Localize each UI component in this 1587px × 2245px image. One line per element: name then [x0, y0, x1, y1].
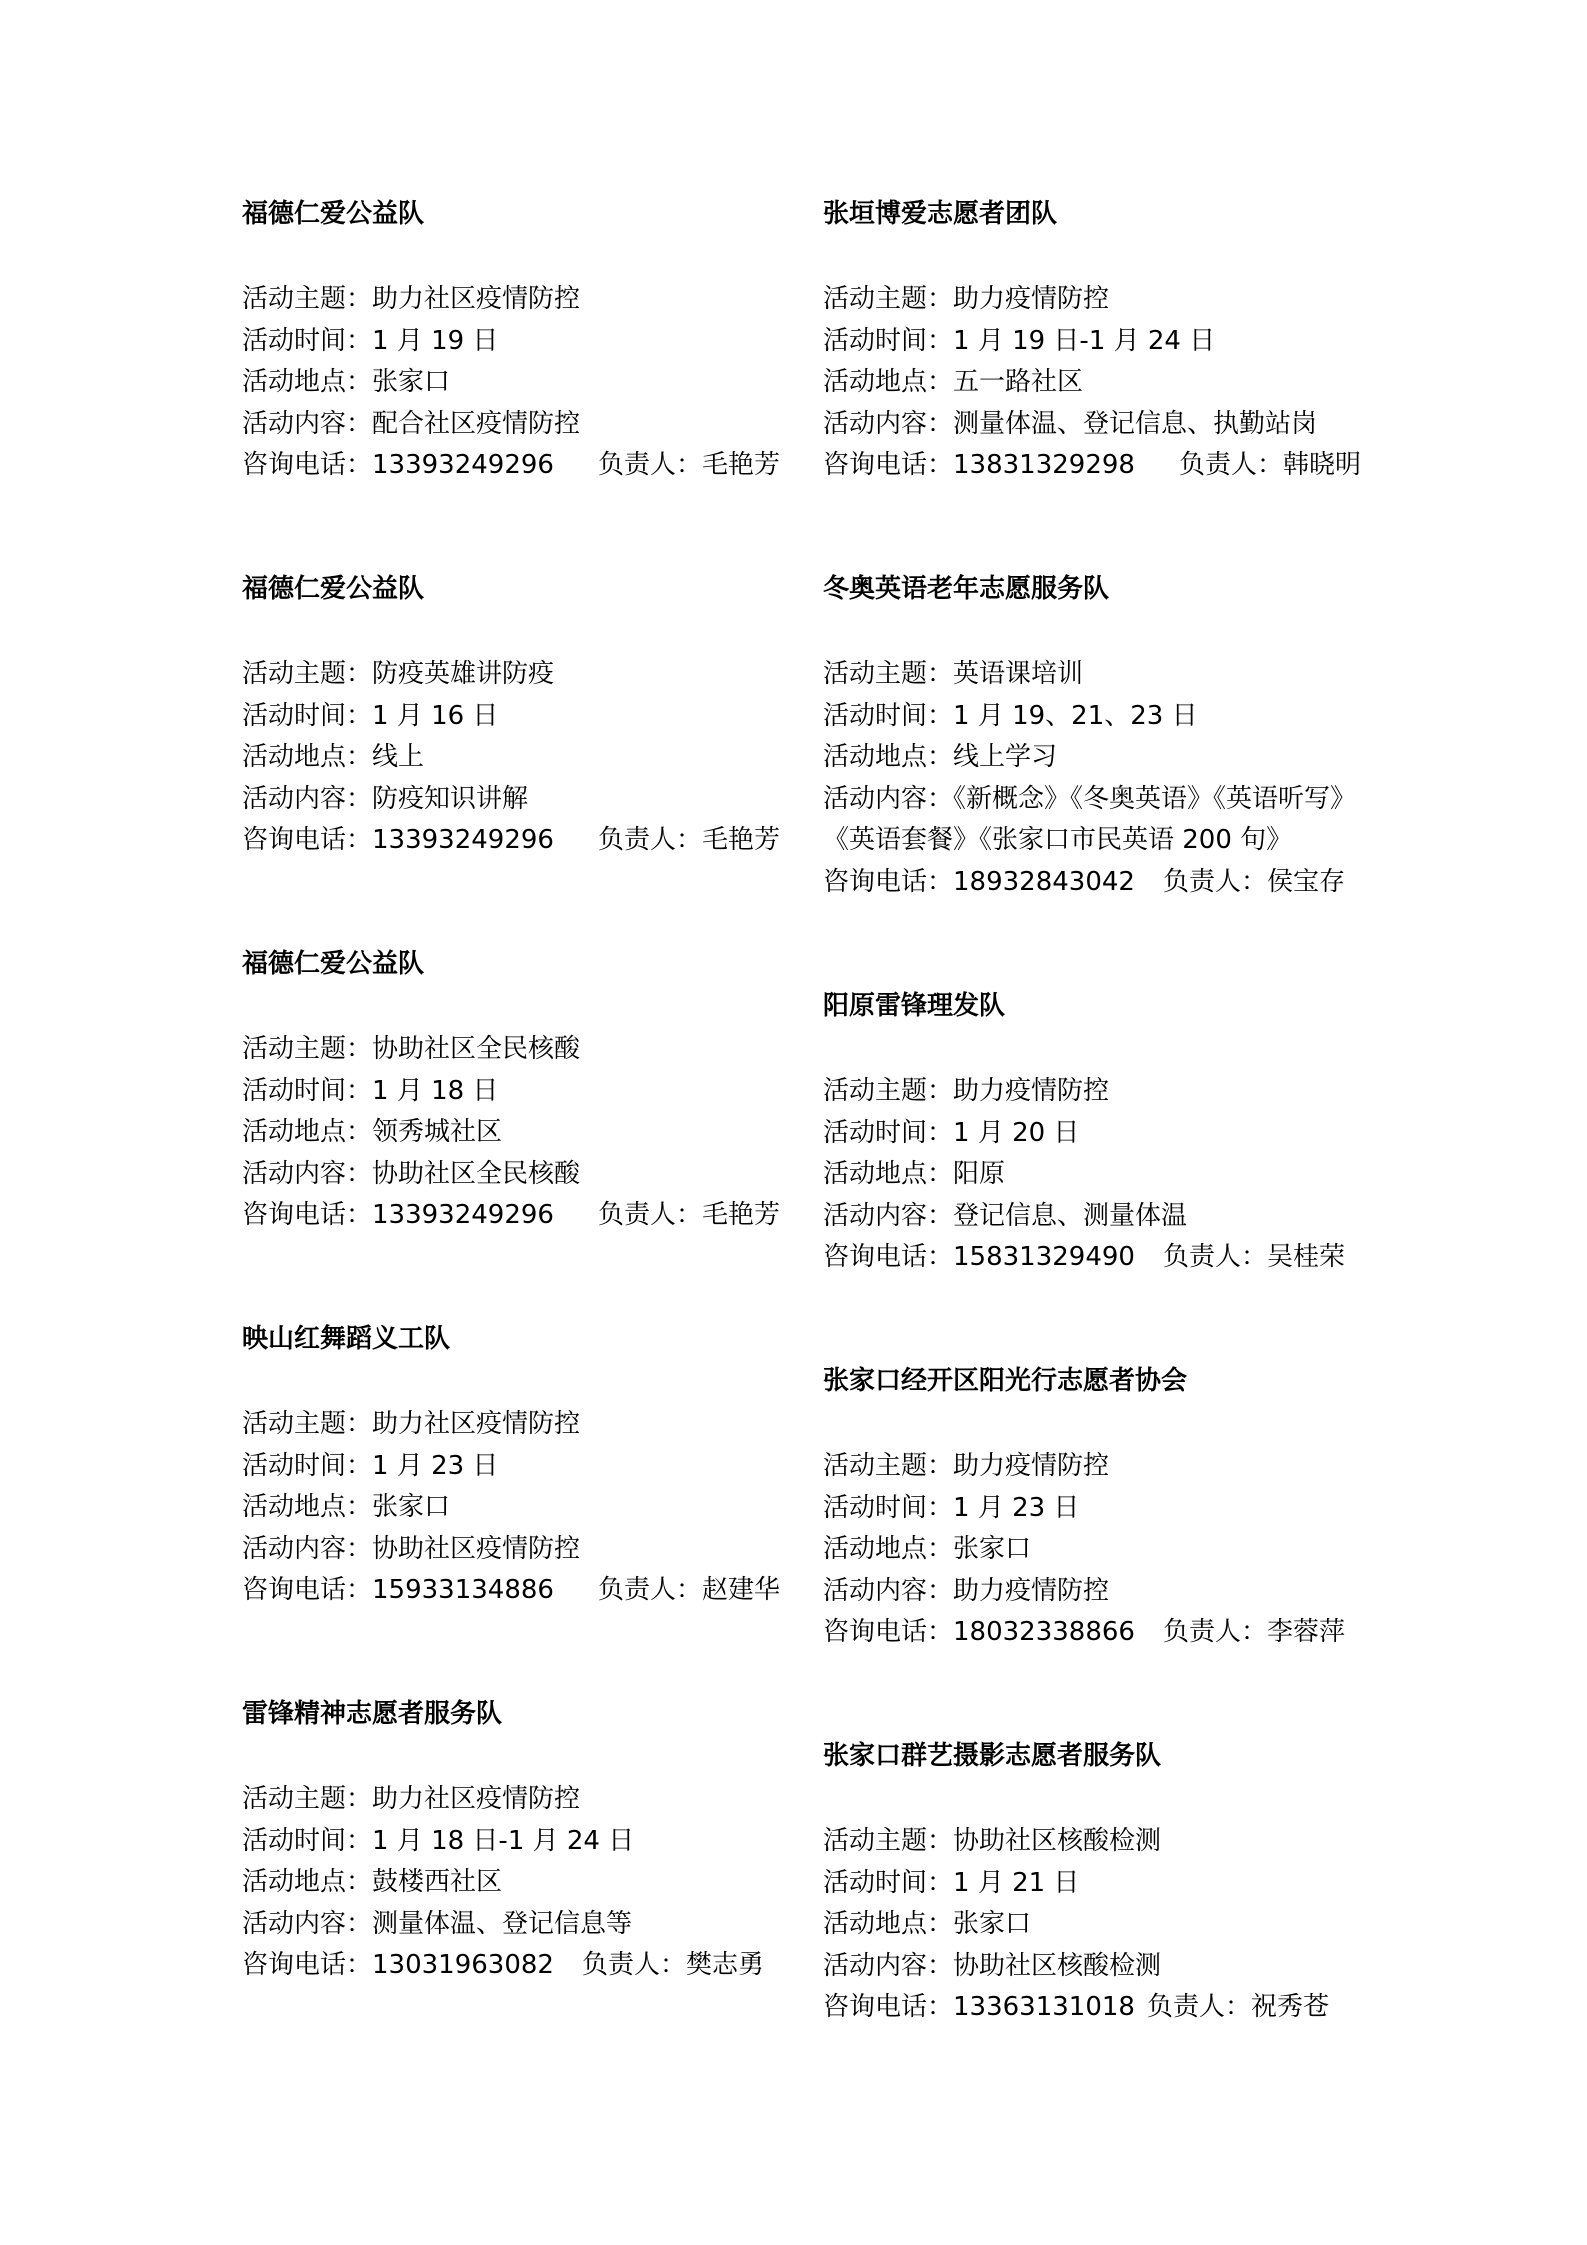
content-label: 活动内容： — [242, 784, 372, 814]
content-value: 协助社区核酸检测 — [953, 1951, 1161, 1981]
contact-row: 咨询电话：13363131018负责人：祝秀苍 — [823, 1987, 1383, 2029]
theme-value: 助力社区疫情防控 — [372, 1784, 580, 1814]
team-name: 张家口群艺摄影志愿者服务队 — [823, 1738, 1383, 1774]
person-label: 负责人： — [598, 1200, 702, 1230]
team-name: 福德仁爱公益队 — [242, 946, 802, 982]
person-value: 祝秀苍 — [1251, 1992, 1329, 2022]
person-label: 负责人： — [1163, 1242, 1267, 1272]
theme-label: 活动主题： — [242, 1409, 372, 1439]
content-value: 测量体温、登记信息等 — [372, 1909, 632, 1939]
contact-row: 咨询电话：13831329298负责人：韩晓明 — [823, 445, 1383, 487]
time-row: 活动时间：1 月 20 日 — [823, 1113, 1383, 1155]
time-row: 活动时间：1 月 18 日-1 月 24 日 — [242, 1821, 802, 1863]
contact-row: 咨询电话：18032338866负责人：李蓉萍 — [823, 1612, 1383, 1654]
place-value: 线上 — [372, 742, 424, 772]
time-value: 1 月 20 日 — [953, 1118, 1079, 1148]
person-label: 负责人： — [1147, 1992, 1251, 2022]
place-label: 活动地点： — [823, 367, 953, 397]
phone-label: 咨询电话： — [823, 867, 953, 897]
phone-value: 18932843042 — [953, 867, 1135, 897]
place-row: 活动地点：张家口 — [242, 362, 802, 404]
content-row: 活动内容：协助社区核酸检测 — [823, 1946, 1383, 1988]
content-row: 活动内容：助力疫情防控 — [823, 1571, 1383, 1613]
theme-value: 助力疫情防控 — [953, 1451, 1109, 1481]
content-row: 活动内容：登记信息、测量体温 — [823, 1196, 1383, 1238]
theme-value: 协助社区核酸检测 — [953, 1826, 1161, 1856]
time-value: 1 月 19、21、23 日 — [953, 701, 1198, 731]
place-label: 活动地点： — [242, 1492, 372, 1522]
place-label: 活动地点： — [823, 742, 953, 772]
place-value: 张家口 — [372, 1492, 450, 1522]
phone-value: 15831329490 — [953, 1242, 1135, 1272]
time-value: 1 月 23 日 — [953, 1493, 1079, 1523]
theme-row: 活动主题：助力疫情防控 — [823, 1446, 1383, 1488]
time-value: 1 月 21 日 — [953, 1868, 1079, 1898]
time-label: 活动时间： — [242, 701, 372, 731]
theme-label: 活动主题： — [242, 1784, 372, 1814]
content-value: 配合社区疫情防控 — [372, 409, 580, 439]
activity-card: 冬奥英语老年志愿服务队 活动主题：英语课培训 活动时间：1 月 19、21、23… — [823, 571, 1383, 904]
theme-label: 活动主题： — [823, 659, 953, 689]
theme-row: 活动主题：英语课培训 — [823, 654, 1383, 696]
phone-value: 13393249296 — [372, 1200, 554, 1230]
place-label: 活动地点： — [242, 742, 372, 772]
activity-card: 福德仁爱公益队 活动主题：协助社区全民核酸 活动时间：1 月 18 日 活动地点… — [242, 946, 802, 1237]
person-label: 负责人： — [1179, 450, 1283, 480]
theme-label: 活动主题： — [242, 659, 372, 689]
time-label: 活动时间： — [823, 326, 953, 356]
activity-card: 映山红舞蹈义工队 活动主题：助力社区疫情防控 活动时间：1 月 23 日 活动地… — [242, 1321, 802, 1612]
place-row: 活动地点：张家口 — [823, 1904, 1383, 1946]
team-name: 阳原雷锋理发队 — [823, 988, 1383, 1024]
person-label: 负责人： — [582, 1950, 686, 1980]
phone-label: 咨询电话： — [242, 825, 372, 855]
activity-card: 张家口经开区阳光行志愿者协会 活动主题：助力疫情防控 活动时间：1 月 23 日… — [823, 1363, 1383, 1654]
person-value: 毛艳芳 — [702, 825, 780, 855]
phone-label: 咨询电话： — [242, 1200, 372, 1230]
contact-row: 咨询电话：13393249296负责人：毛艳芳 — [242, 1195, 802, 1237]
time-row: 活动时间：1 月 19 日 — [242, 321, 802, 363]
person-label: 负责人： — [598, 1575, 702, 1605]
team-name: 福德仁爱公益队 — [242, 196, 802, 232]
theme-value: 助力疫情防控 — [953, 1076, 1109, 1106]
person-value: 樊志勇 — [686, 1950, 764, 1980]
time-row: 活动时间：1 月 23 日 — [823, 1488, 1383, 1530]
phone-label: 咨询电话： — [823, 1992, 953, 2022]
content-label: 活动内容： — [823, 409, 953, 439]
team-name: 张家口经开区阳光行志愿者协会 — [823, 1363, 1383, 1399]
person-value: 毛艳芳 — [702, 1200, 780, 1230]
time-label: 活动时间： — [823, 701, 953, 731]
place-row: 活动地点：鼓楼西社区 — [242, 1862, 802, 1904]
phone-value: 15933134886 — [372, 1575, 554, 1605]
theme-value: 助力疫情防控 — [953, 284, 1109, 314]
time-row: 活动时间：1 月 16 日 — [242, 696, 802, 738]
person-label: 负责人： — [598, 825, 702, 855]
theme-value: 助力社区疫情防控 — [372, 284, 580, 314]
content-label: 活动内容： — [242, 1159, 372, 1189]
theme-label: 活动主题： — [823, 284, 953, 314]
content-value: 防疫知识讲解 — [372, 784, 528, 814]
time-value: 1 月 19 日 — [372, 326, 498, 356]
time-value: 1 月 23 日 — [372, 1451, 498, 1481]
phone-label: 咨询电话： — [242, 1575, 372, 1605]
place-row: 活动地点：五一路社区 — [823, 362, 1383, 404]
phone-label: 咨询电话： — [823, 1617, 953, 1647]
place-value: 五一路社区 — [953, 367, 1083, 397]
document-page: 福德仁爱公益队 活动主题：助力社区疫情防控 活动时间：1 月 19 日 活动地点… — [0, 0, 1587, 2245]
content-row: 活动内容：协助社区疫情防控 — [242, 1529, 802, 1571]
place-label: 活动地点： — [242, 367, 372, 397]
person-value: 李蓉萍 — [1267, 1617, 1345, 1647]
content-label: 活动内容： — [823, 1951, 953, 1981]
time-label: 活动时间： — [242, 1826, 372, 1856]
phone-value: 13031963082 — [372, 1950, 554, 1980]
place-value: 鼓楼西社区 — [372, 1867, 502, 1897]
time-row: 活动时间：1 月 21 日 — [823, 1863, 1383, 1905]
activity-card: 阳原雷锋理发队 活动主题：助力疫情防控 活动时间：1 月 20 日 活动地点：阳… — [823, 988, 1383, 1279]
theme-row: 活动主题：助力社区疫情防控 — [242, 1779, 802, 1821]
time-label: 活动时间： — [242, 326, 372, 356]
content-row: 活动内容：配合社区疫情防控 — [242, 404, 802, 446]
team-name: 福德仁爱公益队 — [242, 571, 802, 607]
place-value: 张家口 — [372, 367, 450, 397]
place-value: 阳原 — [953, 1159, 1005, 1189]
place-row: 活动地点：领秀城社区 — [242, 1112, 802, 1154]
content-value: 协助社区全民核酸 — [372, 1159, 580, 1189]
theme-row: 活动主题：助力疫情防控 — [823, 279, 1383, 321]
content-label: 活动内容： — [823, 1201, 953, 1231]
team-name: 张垣博爱志愿者团队 — [823, 196, 1383, 232]
content-row: 活动内容：协助社区全民核酸 — [242, 1154, 802, 1196]
place-label: 活动地点： — [823, 1534, 953, 1564]
person-value: 吴桂荣 — [1267, 1242, 1345, 1272]
person-label: 负责人： — [1163, 1617, 1267, 1647]
theme-value: 防疫英雄讲防疫 — [372, 659, 554, 689]
contact-row: 咨询电话：13393249296负责人：毛艳芳 — [242, 820, 802, 862]
time-row: 活动时间：1 月 18 日 — [242, 1071, 802, 1113]
content-label: 活动内容： — [242, 1909, 372, 1939]
contact-row: 咨询电话：13031963082负责人：樊志勇 — [242, 1945, 802, 1987]
phone-value: 13831329298 — [953, 450, 1135, 480]
content-value: 登记信息、测量体温 — [953, 1201, 1187, 1231]
place-value: 线上学习 — [953, 742, 1057, 772]
theme-label: 活动主题： — [823, 1451, 953, 1481]
content-row: 活动内容：测量体温、登记信息等 — [242, 1904, 802, 1946]
theme-value: 协助社区全民核酸 — [372, 1034, 580, 1064]
place-value: 领秀城社区 — [372, 1117, 502, 1147]
person-value: 侯宝存 — [1267, 867, 1345, 897]
activity-card: 雷锋精神志愿者服务队 活动主题：助力社区疫情防控 活动时间：1 月 18 日-1… — [242, 1696, 802, 1987]
person-label: 负责人： — [598, 450, 702, 480]
place-label: 活动地点： — [823, 1159, 953, 1189]
phone-value: 13393249296 — [372, 450, 554, 480]
content-value: 协助社区疫情防控 — [372, 1534, 580, 1564]
time-label: 活动时间： — [242, 1076, 372, 1106]
team-name: 映山红舞蹈义工队 — [242, 1321, 802, 1357]
place-row: 活动地点：张家口 — [823, 1529, 1383, 1571]
person-label: 负责人： — [1163, 867, 1267, 897]
place-value: 张家口 — [953, 1534, 1031, 1564]
phone-label: 咨询电话： — [242, 1950, 372, 1980]
place-label: 活动地点： — [823, 1909, 953, 1939]
content-value: 测量体温、登记信息、执勤站岗 — [953, 409, 1317, 439]
place-row: 活动地点：线上学习 — [823, 737, 1383, 779]
theme-row: 活动主题：助力社区疫情防控 — [242, 279, 802, 321]
contact-row: 咨询电话：15831329490负责人：吴桂荣 — [823, 1237, 1383, 1279]
time-row: 活动时间：1 月 19、21、23 日 — [823, 696, 1383, 738]
phone-label: 咨询电话： — [242, 450, 372, 480]
theme-row: 活动主题：防疫英雄讲防疫 — [242, 654, 802, 696]
activity-card: 福德仁爱公益队 活动主题：防疫英雄讲防疫 活动时间：1 月 16 日 活动地点：… — [242, 571, 802, 862]
content-label: 活动内容： — [823, 784, 953, 814]
time-value: 1 月 18 日-1 月 24 日 — [372, 1826, 634, 1856]
time-label: 活动时间： — [242, 1451, 372, 1481]
time-label: 活动时间： — [823, 1868, 953, 1898]
time-row: 活动时间：1 月 23 日 — [242, 1446, 802, 1488]
phone-value: 13393249296 — [372, 825, 554, 855]
contact-row: 咨询电话：15933134886负责人：赵建华 — [242, 1570, 802, 1612]
person-value: 赵建华 — [702, 1575, 780, 1605]
time-row: 活动时间：1 月 19 日-1 月 24 日 — [823, 321, 1383, 363]
time-label: 活动时间： — [823, 1118, 953, 1148]
theme-label: 活动主题： — [823, 1076, 953, 1106]
theme-row: 活动主题：助力社区疫情防控 — [242, 1404, 802, 1446]
place-label: 活动地点： — [242, 1867, 372, 1897]
team-name: 冬奥英语老年志愿服务队 — [823, 571, 1383, 607]
time-value: 1 月 18 日 — [372, 1076, 498, 1106]
phone-value: 18032338866 — [953, 1617, 1135, 1647]
theme-value: 助力社区疫情防控 — [372, 1409, 580, 1439]
place-row: 活动地点：张家口 — [242, 1487, 802, 1529]
place-label: 活动地点： — [242, 1117, 372, 1147]
person-value: 毛艳芳 — [702, 450, 780, 480]
content-row: 活动内容：防疫知识讲解 — [242, 779, 802, 821]
time-value: 1 月 19 日-1 月 24 日 — [953, 326, 1215, 356]
content-value: 助力疫情防控 — [953, 1576, 1109, 1606]
content-row: 活动内容：《新概念》《冬奥英语》《英语听写》《英语套餐》《张家口市民英语 200… — [823, 779, 1363, 862]
phone-value: 13363131018 — [953, 1992, 1135, 2022]
content-row: 活动内容：测量体温、登记信息、执勤站岗 — [823, 404, 1383, 446]
contact-row: 咨询电话：13393249296负责人：毛艳芳 — [242, 445, 802, 487]
theme-label: 活动主题： — [823, 1826, 953, 1856]
time-value: 1 月 16 日 — [372, 701, 498, 731]
place-row: 活动地点：阳原 — [823, 1154, 1383, 1196]
contact-row: 咨询电话：18932843042负责人：侯宝存 — [823, 862, 1383, 904]
place-value: 张家口 — [953, 1909, 1031, 1939]
person-value: 韩晓明 — [1283, 450, 1361, 480]
activity-card: 福德仁爱公益队 活动主题：助力社区疫情防控 活动时间：1 月 19 日 活动地点… — [242, 196, 802, 487]
phone-label: 咨询电话： — [823, 450, 953, 480]
content-label: 活动内容： — [242, 1534, 372, 1564]
activity-card: 张家口群艺摄影志愿者服务队 活动主题：协助社区核酸检测 活动时间：1 月 21 … — [823, 1738, 1383, 2029]
theme-label: 活动主题： — [242, 284, 372, 314]
content-label: 活动内容： — [242, 409, 372, 439]
theme-row: 活动主题：协助社区全民核酸 — [242, 1029, 802, 1071]
activity-card: 张垣博爱志愿者团队 活动主题：助力疫情防控 活动时间：1 月 19 日-1 月 … — [823, 196, 1383, 487]
time-label: 活动时间： — [823, 1493, 953, 1523]
theme-row: 活动主题：协助社区核酸检测 — [823, 1821, 1383, 1863]
place-row: 活动地点：线上 — [242, 737, 802, 779]
theme-row: 活动主题：助力疫情防控 — [823, 1071, 1383, 1113]
phone-label: 咨询电话： — [823, 1242, 953, 1272]
theme-label: 活动主题： — [242, 1034, 372, 1064]
team-name: 雷锋精神志愿者服务队 — [242, 1696, 802, 1732]
theme-value: 英语课培训 — [953, 659, 1083, 689]
content-label: 活动内容： — [823, 1576, 953, 1606]
